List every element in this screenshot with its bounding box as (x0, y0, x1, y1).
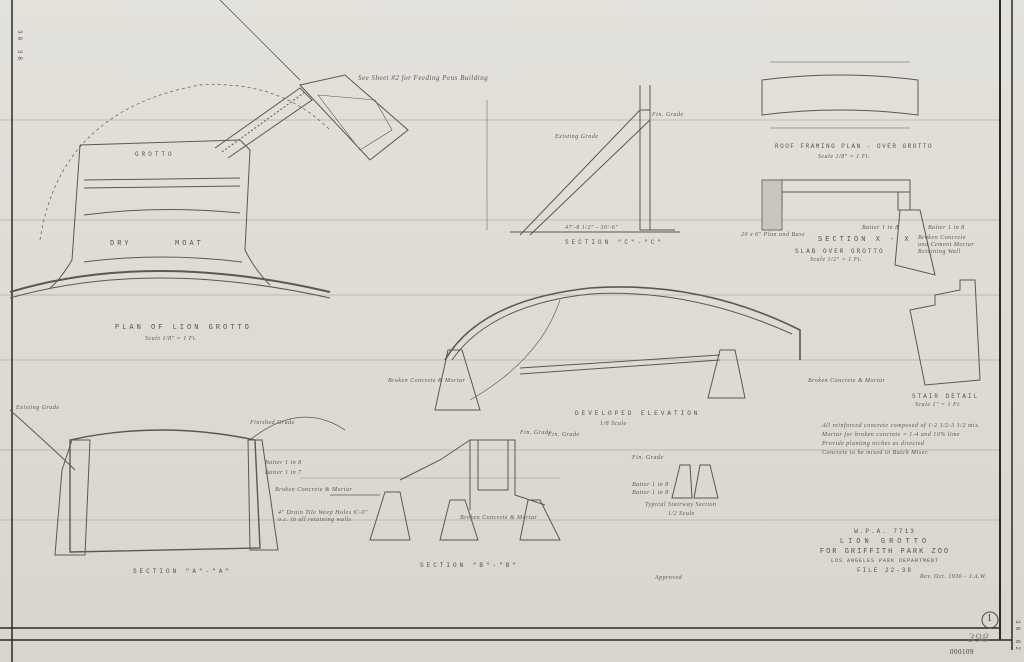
title-block: W.P.A. 7713 Lion Grotto For Griffith Par… (800, 527, 970, 575)
blueprint-sheet: 30 38 38 02 See Sheet #2 for Feeding Pen… (0, 0, 1024, 662)
roof-framing-scale: Scale 1/8" = 1 Ft. (818, 154, 870, 160)
section-aa-batter-7: Batter 1 in 7 (265, 470, 302, 476)
approved-label: Approved (655, 575, 682, 581)
stairway-batter-1: Batter 1 in 8 (632, 482, 669, 488)
section-aa-title: Section "A"-"A" (133, 568, 232, 575)
stairway-scale: 1/2 Scale (668, 511, 695, 517)
elevation-label-fin-grade: Fin. Grade (548, 432, 580, 438)
title-block-department: Los Angeles Park Department (800, 557, 970, 566)
general-notes: All reinforced concrete composed of 1-2 … (822, 422, 980, 458)
section-xx-batter-left: Batter 1 in 8 (862, 225, 899, 231)
left-margin-label: 30 38 (16, 30, 23, 63)
note-line: Mortar for broken concrete = 1-4 and 10%… (822, 431, 980, 440)
stair-detail-title: Stair Detail (912, 393, 979, 400)
stair-detail-scale: Scale 1" = 1 Ft. (915, 402, 961, 408)
section-cc-existing-grade: Existing Grade (555, 134, 599, 140)
stairway-title: Typical Stairway Section (645, 502, 717, 508)
elevation-title: Developed Elevation (575, 410, 700, 417)
section-xx-retaining-wall: Broken Concrete and Cement Mortar Retain… (918, 235, 978, 256)
elevation-label-right: Broken Concrete & Mortar (808, 378, 885, 384)
title-block-name: Lion Grotto (800, 537, 970, 547)
plan-scale: Scale 1/8" = 1 Ft. (145, 336, 197, 342)
section-aa-broken-concrete: Broken Concrete & Mortar (275, 487, 352, 493)
plan-label-moat: Moat (175, 240, 204, 248)
note-line: All reinforced concrete composed of 1-2 … (822, 422, 980, 431)
section-aa-weep-holes: 4" Drain Tile Weep Holes 6'-0" o.c. in a… (278, 510, 368, 524)
plan-note: See Sheet #2 for Feeding Pens Building (358, 74, 488, 82)
stairway-batter-2: Batter 1 in 8 (632, 490, 669, 496)
section-cc-title: Section "C"-"C" (565, 239, 664, 246)
plan-title: Plan of Lion Grotto (115, 324, 252, 332)
title-block-revision: Rev. Oct. 1936 - J.A.W. (920, 574, 987, 580)
note-line: Provide planting niches as directed (822, 440, 980, 449)
right-margin-label: 38 02 (1014, 620, 1021, 653)
section-bb-fin-grade: Fin. Grade (520, 430, 552, 436)
stairway-fin-grade: Fin. Grade (632, 455, 664, 461)
elevation-scale: 1/8 Scale (600, 421, 627, 427)
stamp-number: 000109 (950, 648, 974, 656)
note-line: Concrete to be mixed in Batch Mixer. (822, 449, 980, 458)
plan-label-grotto: Grotto (135, 151, 175, 158)
section-xx-subtitle: Slab over Grotto (795, 248, 885, 255)
elevation-label-left: Broken Concrete & Mortar (388, 378, 465, 384)
handwritten-number: 398 (968, 630, 989, 646)
section-cc-dimension: 47'-8 1/2" - 30'-6" (565, 225, 618, 231)
section-bb-title: Section "B"-"B" (420, 562, 519, 569)
title-block-project: W.P.A. 7713 (800, 527, 970, 537)
section-xx-base-label: 20 x 6" Plan and Base (741, 232, 805, 238)
section-xx-title: Section X - X (818, 236, 912, 244)
section-aa-finished-grade: Finished Grade (250, 420, 295, 426)
title-block-for: For Griffith Park Zoo (800, 547, 970, 557)
section-cc-fin-grade: Fin. Grade (652, 112, 684, 118)
section-aa-batter-8: Batter 1 in 8 (265, 460, 302, 466)
section-bb-broken-concrete: Broken Concrete & Mortar (460, 515, 537, 521)
sheet-number: 1 (987, 613, 993, 624)
roof-framing-title: Roof Framing Plan - Over Grotto (775, 143, 933, 150)
section-xx-scale: Scale 1/2" = 1 Ft. (810, 257, 862, 263)
plan-label-dry: Dry (110, 240, 132, 248)
section-xx-batter-right: Batter 1 in 8 (928, 225, 965, 231)
section-aa-existing-grade: Existing Grade (16, 405, 60, 411)
